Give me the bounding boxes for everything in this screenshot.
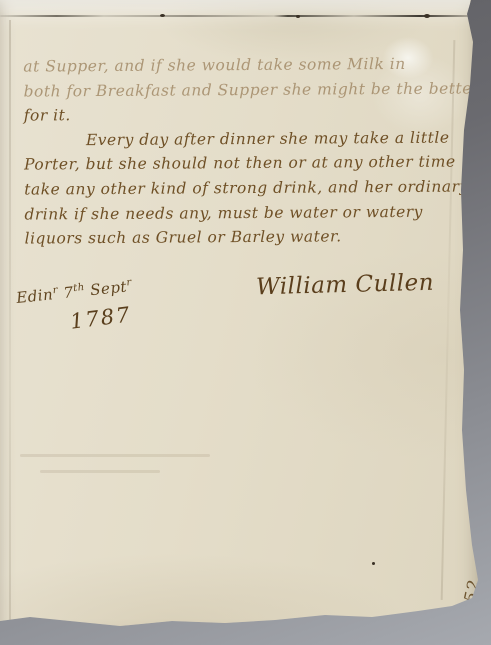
manuscript-page: at Supper, and if she would take some Mi… [0,0,491,645]
fold-highlight [0,0,470,14]
ink-speck [160,14,165,17]
ink-speck [296,15,300,18]
fold-crease-left [9,20,11,620]
letter-line: Every day after dinner she may take a li… [24,125,469,153]
showthrough-mark [20,454,210,457]
dateline-year: 1787 [69,302,133,333]
signature: William Cullen [256,270,435,301]
showthrough-mark [40,470,160,473]
ink-speck [424,14,430,18]
fold-crease-top [0,15,472,17]
dateline: Edinr 7th Septr [15,277,133,307]
letter-body-text: at Supper, and if she would take some Mi… [23,51,469,251]
letter-line: drink if she needs any, must be water or… [24,199,469,227]
letter-line: take any other kind of strong drink, and… [24,174,469,202]
letter-line: Porter, but she should not then or at an… [24,150,469,178]
letter-line: for it. [24,101,469,129]
dateline-sup: r [126,277,132,288]
ink-speck [372,562,375,565]
dateline-month: Sept [84,278,128,300]
letter-line: at Supper, and if she would take some Mi… [23,51,468,79]
letter-line: both for Breakfast and Supper she might … [23,76,468,104]
letter-line: liquors such as Gruel or Barley water. [25,224,470,252]
dateline-place: Edin [15,285,54,307]
